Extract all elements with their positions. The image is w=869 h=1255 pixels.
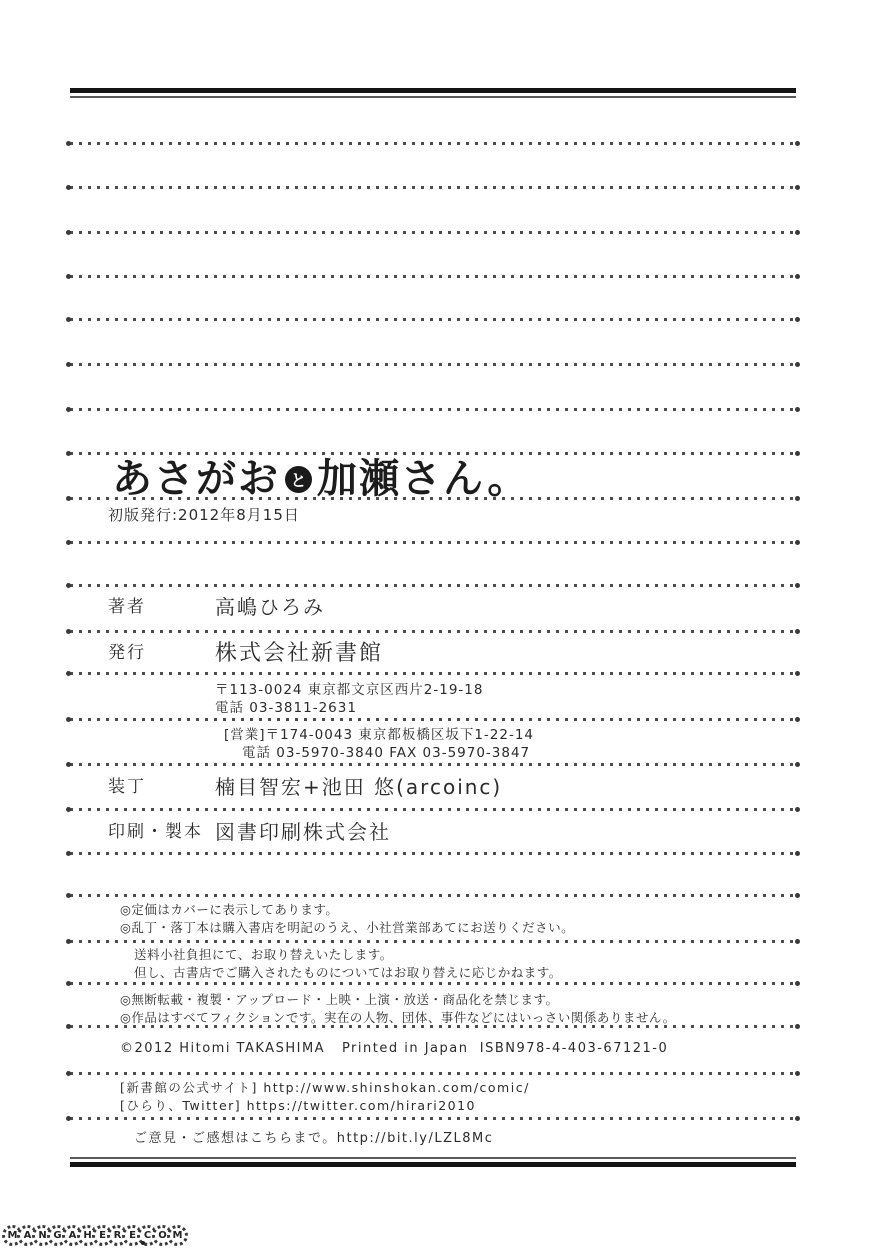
dashed-rule [70,231,796,234]
notice-defect: ◎乱丁・落丁本は購入書店を明記のうえ、小社営業部あてにお送りください。 [120,920,574,937]
dashed-rule [70,363,796,366]
dashed-rule [70,808,796,811]
watermark-letter: M [167,1225,188,1246]
dashed-rule [70,541,796,544]
dashed-rule [70,318,796,321]
dashed-rule [70,894,796,897]
dashed-rule [70,672,796,675]
title-connector-badge: と [285,466,312,493]
author-label: 著者 [108,596,146,619]
colophon-page: あさがお と 加瀬さん。 初版発行:2012年8月15日 著者 高嶋ひろみ 発行… [0,0,869,1255]
watermark-logo: MANGAHERECOM [2,1225,188,1246]
edition-date: 初版発行:2012年8月15日 [108,505,300,525]
dashed-rule [70,982,796,985]
dashed-rule [70,718,796,721]
bottom-rule-thick [70,1162,796,1167]
bottom-rule-thin [70,1157,796,1159]
printing-value: 図書印刷株式会社 [215,819,391,846]
official-site-link: [新書館の公式サイト] http://www.shinshokan.com/co… [120,1080,530,1097]
dashed-rule [70,630,796,633]
feedback-line: ご意見・ご感想はこちらまで。http://bit.ly/LZL8Mc [134,1130,493,1148]
watermark-dot [141,1241,145,1245]
top-rule-thin [70,96,796,98]
dashed-rule [70,275,796,278]
publisher-address-line2: 電話 03-3811-2631 [215,699,357,717]
publisher-address-line1: 〒113-0024 東京都文京区西片2-19-18 [215,681,483,699]
design-label: 装丁 [108,776,146,799]
design-value: 楠目智宏+池田 悠(arcoinc) [215,774,502,801]
dashed-rule [70,1072,796,1075]
publisher-label: 発行 [108,642,146,665]
copyright-line: ©2012 Hitomi TAKASHIMA Printed in Japan … [120,1040,668,1058]
notice-fiction: ◎作品はすべてフィクションです。実在の人物、団体、事件などにはいっさい関係ありま… [120,1010,676,1027]
publisher-value: 株式会社新書館 [215,639,383,669]
sales-address-line1: [営業]〒174-0043 東京都板橋区坂下1-22-14 [224,726,534,744]
notice-shipping: 送料小社負担にて、お取り替えいたします。 [134,947,393,964]
dashed-rule [70,186,796,189]
dashed-rule [70,852,796,855]
book-title: あさがお と 加瀬さん。 [112,451,529,499]
dashed-rule [70,940,796,943]
twitter-link: [ひらり、Twitter] https://twitter.com/hirari… [120,1098,476,1115]
dashed-rule [70,763,796,766]
book-title-part1: あさがお [112,447,280,504]
dashed-rule [70,142,796,145]
sales-address-line2: 電話 03-5970-3840 FAX 03-5970-3847 [242,744,530,762]
dashed-rule [70,1117,796,1120]
notice-used-books: 但し、古書店でご購入されたものについてはお取り替えに応じかねます。 [134,965,562,982]
book-title-part2: 加瀬さん。 [317,447,529,504]
printing-label: 印刷・製本 [108,821,203,844]
notice-price: ◎定価はカバーに表示してあります。 [120,902,338,919]
dashed-rule [70,408,796,411]
author-value: 高嶋ひろみ [215,594,325,621]
top-rule-thick [70,88,796,93]
notice-prohibition: ◎無断転載・複製・アップロード・上映・上演・放送・商品化を禁じます。 [120,992,559,1009]
dashed-rule [70,584,796,587]
